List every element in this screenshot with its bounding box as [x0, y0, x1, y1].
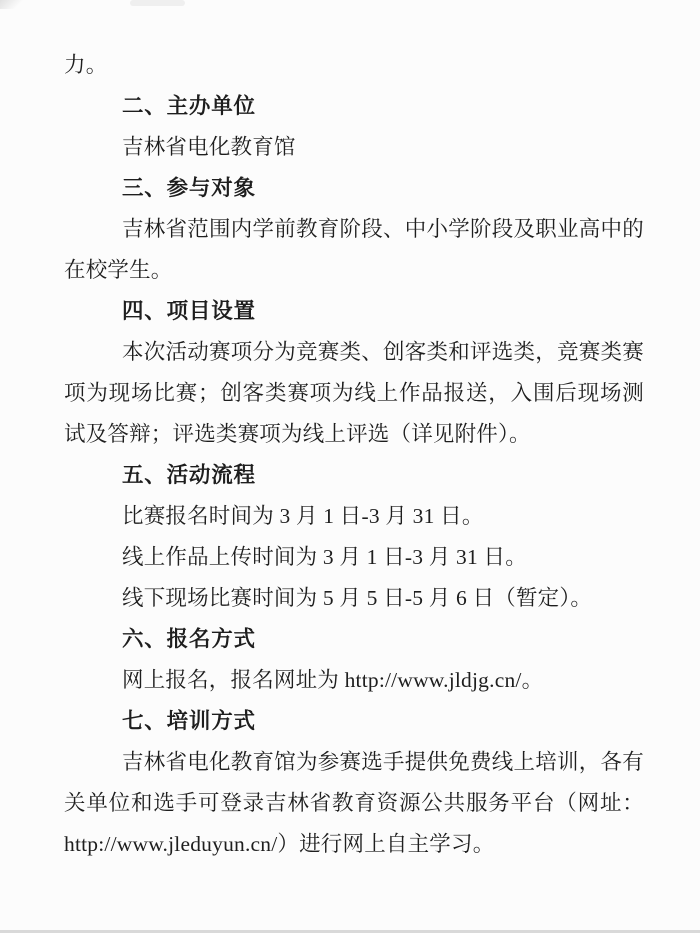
doc-line: 项为现场比赛；创客类赛项为线上作品报送，入围后现场测 [64, 373, 644, 414]
section-heading: 七、培训方式 [64, 701, 644, 742]
section-heading: 六、报名方式 [64, 619, 644, 660]
document-content: 力。二、主办单位吉林省电化教育馆三、参与对象吉林省范围内学前教育阶段、中小学阶段… [64, 45, 644, 865]
doc-line: 线上作品上传时间为 3 月 1 日-3 月 31 日。 [64, 537, 644, 578]
doc-line: http://www.jleduyun.cn/）进行网上自主学习。 [64, 824, 644, 865]
doc-line: 试及答辩；评选类赛项为线上评选（详见附件）。 [64, 414, 644, 455]
doc-line: 吉林省电化教育馆 [64, 127, 644, 168]
doc-line: 在校学生。 [64, 250, 644, 291]
scan-smudge-artifact [130, 0, 185, 6]
doc-line: 网上报名，报名网址为 http://www.jldjg.cn/。 [64, 660, 644, 701]
doc-line: 线下现场比赛时间为 5 月 5 日-5 月 6 日（暂定）。 [64, 578, 644, 619]
section-heading: 二、主办单位 [64, 86, 644, 127]
section-heading: 三、参与对象 [64, 168, 644, 209]
scanned-document-page: 力。二、主办单位吉林省电化教育馆三、参与对象吉林省范围内学前教育阶段、中小学阶段… [0, 0, 700, 933]
doc-line: 关单位和选手可登录吉林省教育资源公共服务平台（网址： [64, 783, 644, 824]
doc-line: 吉林省电化教育馆为参赛选手提供免费线上培训，各有 [64, 742, 644, 783]
section-heading: 五、活动流程 [64, 455, 644, 496]
doc-line: 吉林省范围内学前教育阶段、中小学阶段及职业高中的 [64, 209, 644, 250]
doc-line: 本次活动赛项分为竞赛类、创客类和评选类，竞赛类赛 [64, 332, 644, 373]
scan-corner-artifact [0, 0, 28, 9]
doc-line: 比赛报名时间为 3 月 1 日-3 月 31 日。 [64, 496, 644, 537]
doc-line: 力。 [64, 45, 644, 86]
section-heading: 四、项目设置 [64, 291, 644, 332]
